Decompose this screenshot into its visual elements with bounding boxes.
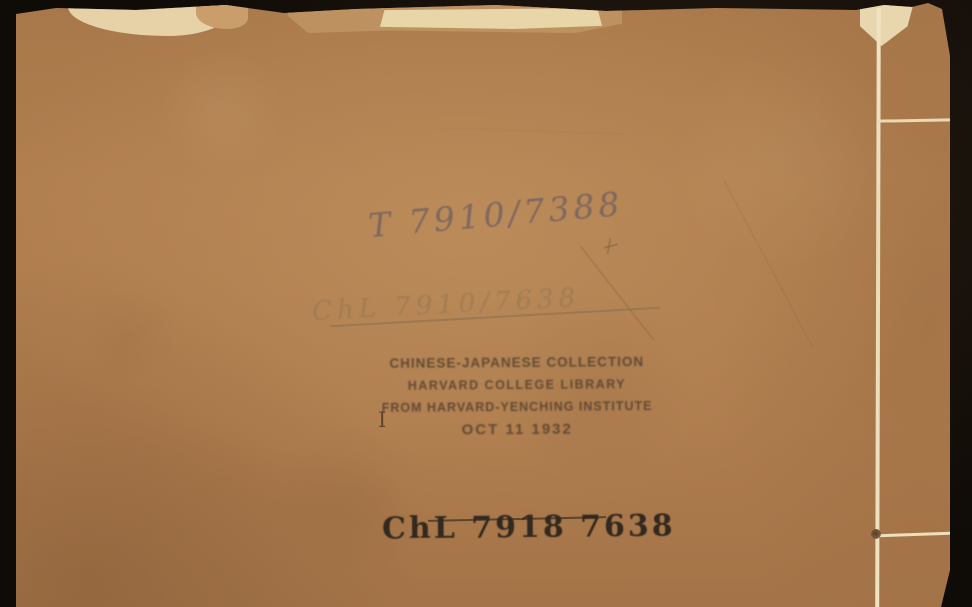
handwritten-call-number: T 7910/7388: [367, 182, 649, 245]
book-cover: T 7910/7388 ChL 7910/7638 CHINESE-JAPANE…: [16, 2, 950, 607]
stamp-collection-line: CHINESE-JAPANESE COLLECTION: [372, 351, 662, 375]
crossed-out-call-number: ChL 7910/7638: [311, 279, 652, 327]
binding-thread-vertical: [875, 8, 881, 607]
paper-crease: [724, 181, 815, 350]
stamp-institute-line: FROM HARVARD-YENCHING INSTITUTE: [372, 395, 662, 419]
torn-paper-patch-middle-cream: [380, 8, 602, 29]
handwritten-mark: I: [378, 408, 386, 432]
binding-thread-horizontal-bottom: [876, 532, 952, 538]
scan-background: T 7910/7388 ChL 7910/7638 CHINESE-JAPANE…: [0, 0, 972, 607]
binding-thread-horizontal-top: [878, 118, 952, 122]
torn-paper-patch-right: [860, 2, 914, 46]
stitch-hole: [871, 529, 881, 539]
paper-crease: [444, 127, 624, 135]
library-stamp: CHINESE-JAPANESE COLLECTION HARVARD COLL…: [372, 351, 663, 439]
pencil-scratch-mark: [604, 243, 618, 249]
stamp-date: OCT 11 1932: [372, 420, 662, 439]
bottom-call-number-stamp: ChL 7918 7638: [382, 509, 662, 547]
stamp-library-line: HARVARD COLLEGE LIBRARY: [372, 373, 662, 397]
